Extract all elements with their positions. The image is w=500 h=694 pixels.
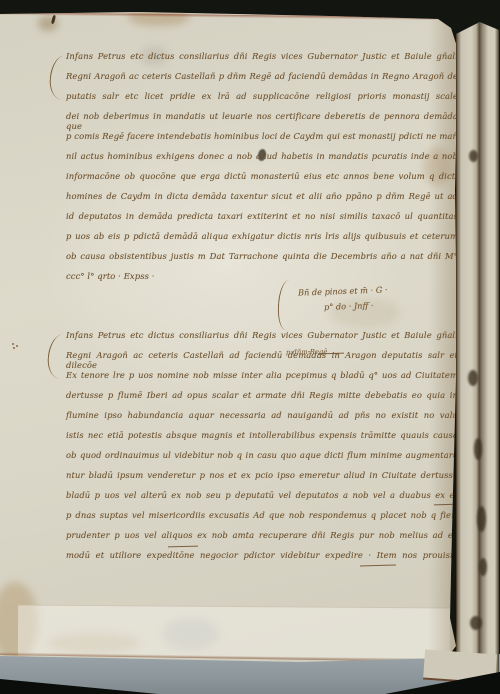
manuscript-line: dertusse p flumē Iberi ad opus scalar et… <box>66 390 458 410</box>
manuscript-line: id deputatos in demāda predicta taxari e… <box>66 211 458 231</box>
manuscript-line: nil actus hominibus exhigens donec a nob… <box>66 151 458 171</box>
manuscript-line: ob causa obsistentibus justis m Dat Tarr… <box>66 251 458 271</box>
interlinear-addition: p dñm Regē <box>286 348 327 357</box>
manuscript-line: bladū p uos vel alterū ex nob seu p depu… <box>66 490 458 510</box>
paper-repair-band <box>18 604 450 658</box>
paragraph-2-lines: Infans Petrus etc dictus consiliarius dñ… <box>66 330 458 570</box>
paragraph-opening-flourish <box>45 333 64 378</box>
paragraph-1-lines: Infans Petrus etc dictus consiliarius dñ… <box>66 51 458 291</box>
manuscript-line: Infans Petrus etc dictus consiliarius dñ… <box>66 51 458 71</box>
manuscript-line: Regni Aragoñ ac ceteris Castellañ p dñm … <box>66 71 458 91</box>
edge-damage-spot <box>470 616 482 630</box>
manuscript-line: informacōne ob quocōne que erga dictū mo… <box>66 171 458 191</box>
signature-line: p° do · Jnff · <box>324 300 374 312</box>
signature-line: Bñ de pinos et m̄ · G · <box>298 284 388 297</box>
manuscript-line: istis nec etiā potestis absque magnis et… <box>66 430 458 450</box>
book-fore-edge <box>456 22 499 674</box>
manuscript-line: modū et utiliore expeditōne negocior pdi… <box>66 550 458 570</box>
manuscript-line: flumine ipso habundancia aquar necessari… <box>66 410 458 430</box>
manuscript-page: Infans Petrus etc dictus consiliarius dñ… <box>0 0 500 694</box>
page-top-edge <box>0 12 452 21</box>
edge-damage-spot <box>477 506 486 532</box>
manuscript-line: homines de Caydm in dicta demāda taxentu… <box>66 191 458 211</box>
manuscript-line: prudenter p uos vel aliquos ex nob amta … <box>66 530 458 550</box>
manuscript-line: ob quod ordinauimus ul videbitur nob q i… <box>66 450 458 470</box>
manuscript-line: Infans Petrus etc dictus consiliarius dñ… <box>66 330 458 350</box>
manuscript-line: p dnas suptas vel misericordiis excusati… <box>66 510 458 530</box>
bracket-flourish <box>276 279 296 330</box>
edge-damage-spot <box>469 150 478 162</box>
manuscript-line: p comis Regē facere intendebatis hominib… <box>66 131 458 151</box>
chancery-signature-note: Bñ de pinos et m̄ · G · p° do · Jnff · <box>278 278 428 330</box>
manuscript-line: ntur bladū ipsum venderetur p nos et ex … <box>66 470 458 490</box>
manuscript-line: dei nob deberimus in mandatis ut leuarie… <box>66 111 458 131</box>
edge-damage-spot <box>474 438 482 460</box>
edge-damage-spot <box>479 558 487 576</box>
manuscript-line: p uos ab eis p pdictā demādā aliqua exhi… <box>66 231 458 251</box>
manuscript-line: Ex tenore lre p uos nomine nob misse int… <box>66 370 458 390</box>
margin-dots <box>12 343 14 345</box>
manuscript-photograph: Infans Petrus etc dictus consiliarius dñ… <box>0 0 500 694</box>
edge-damage-spot <box>468 370 478 386</box>
manuscript-line: putatis salr etc licet pridie ex lrā ad … <box>66 91 458 111</box>
paragraph-opening-flourish <box>47 54 66 99</box>
manuscript-line: Regni Aragoñ ac ceteris Castellañ ad fac… <box>66 350 458 370</box>
